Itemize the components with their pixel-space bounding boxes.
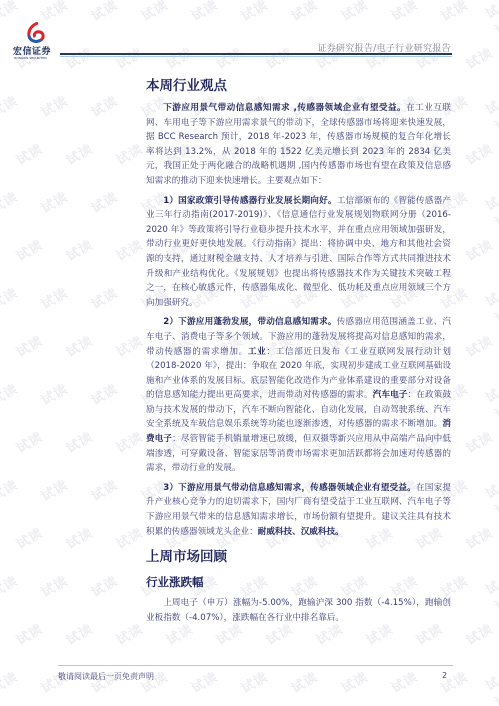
watermark-tile: 试读 xyxy=(62,618,96,648)
paragraph-intro: 下游应用景气带动信息感知需求 ,传感器领域企业有望受益。在工业互联网、车用电子等… xyxy=(146,101,451,189)
watermark-tile: 试读 xyxy=(481,671,499,706)
logo-subtitle: HONGXIN SECURITIES xyxy=(14,56,47,60)
footer-disclaimer: 敬请阅读最后一页免责声明 xyxy=(58,671,154,682)
point3-companies: 耐威科技、汉威科技。 xyxy=(258,527,344,537)
watermark-tile: 试读 xyxy=(0,186,21,216)
point2-auto-label: 汽车电子 xyxy=(373,390,408,400)
watermark-tile: 试读 xyxy=(87,570,121,600)
watermark-tile: 试读 xyxy=(112,618,146,648)
paragraph-point-2: 2）下游应用蓬勃发展，带动信息感知需求。传感器应用范围涵盖工业、汽车电子、消费电… xyxy=(146,315,451,476)
footer-divider xyxy=(58,665,453,666)
watermark-tile: 试读 xyxy=(12,330,46,360)
page-number: 2 xyxy=(442,671,447,680)
watermark-tile: 试读 xyxy=(337,666,371,696)
header-divider-accent xyxy=(60,56,452,57)
watermark-tile: 试读 xyxy=(37,378,71,408)
watermark-tile: 试读 xyxy=(62,522,96,552)
watermark-tile: 试读 xyxy=(462,618,496,648)
watermark-tile: 试读 xyxy=(62,234,96,264)
logo-mark-icon xyxy=(24,22,46,44)
watermark-tile: 试读 xyxy=(162,42,196,72)
watermark-tile: 试读 xyxy=(462,138,496,168)
watermark-tile: 试读 xyxy=(481,95,499,135)
watermark-tile: 试读 xyxy=(37,90,71,120)
watermark-tile: 试读 xyxy=(62,138,96,168)
watermark-tile: 试读 xyxy=(112,42,146,72)
watermark-tile: 试读 xyxy=(12,522,46,552)
section-title-market-review: 上周市场回顾 xyxy=(146,547,451,567)
intro-lead: 下游应用景气带动信息感知需求 ,传感器领域企业有望受益。 xyxy=(163,103,406,113)
watermark-tile: 试读 xyxy=(187,666,221,696)
header-divider xyxy=(60,53,452,55)
watermark-tile: 试读 xyxy=(387,0,421,25)
watermark-tile: 试读 xyxy=(337,0,371,25)
watermark-tile: 试读 xyxy=(462,426,496,456)
watermark-tile: 试读 xyxy=(287,0,321,25)
watermark-tile: 试读 xyxy=(387,666,421,696)
watermark-tile: 试读 xyxy=(462,330,496,360)
watermark-tile: 试读 xyxy=(112,330,146,360)
point2-industry-label: 工业 xyxy=(248,347,267,357)
watermark-tile: 试读 xyxy=(37,570,71,600)
watermark-tile: 试读 xyxy=(237,666,271,696)
watermark-tile: 试读 xyxy=(112,426,146,456)
paragraph-market-review: 上周电子（申万）涨幅为-5.00%，跑输沪深 300 指数（-4.15%），跑输… xyxy=(146,596,451,625)
watermark-tile: 试读 xyxy=(62,426,96,456)
watermark-tile: 试读 xyxy=(0,282,21,312)
paragraph-point-1: 1）国家政策引导传感器行业发展长期向好。工信部颁布的《智能传感器产业三年行动指南… xyxy=(146,194,451,311)
watermark-tile: 试读 xyxy=(62,330,96,360)
watermark-tile: 试读 xyxy=(287,666,321,696)
intro-text: 在工业互联网、车用电子等下游应用需求景气的带动下，全球传感器市场将迎来快速发展，… xyxy=(146,103,451,186)
watermark-tile: 试读 xyxy=(0,90,21,120)
watermark-tile: 试读 xyxy=(437,0,471,25)
watermark-tile: 试读 xyxy=(87,378,121,408)
watermark-tile: 试读 xyxy=(187,0,221,25)
point2-lead: 2）下游应用蓬勃发展，带动信息感知需求。 xyxy=(163,317,337,327)
watermark-tile: 试读 xyxy=(481,383,499,423)
watermark-tile: 试读 xyxy=(462,42,496,72)
watermark-tile: 试读 xyxy=(0,378,21,408)
watermark-tile: 试读 xyxy=(262,42,296,72)
section-title-weekly-view: 本周行业观点 xyxy=(146,76,451,96)
watermark-tile: 试读 xyxy=(12,618,46,648)
watermark-tile: 试读 xyxy=(112,234,146,264)
watermark-tile: 试读 xyxy=(462,234,496,264)
watermark-tile: 试读 xyxy=(0,474,21,504)
watermark-tile: 试读 xyxy=(12,138,46,168)
watermark-tile: 试读 xyxy=(87,186,121,216)
company-logo: 宏信证券 HONGXIN SECURITIES xyxy=(12,22,56,62)
watermark-tile: 试读 xyxy=(481,0,499,39)
watermark-tile: 试读 xyxy=(0,666,21,696)
watermark-tile: 试读 xyxy=(137,0,171,25)
watermark-tile: 试读 xyxy=(87,282,121,312)
point1-lead: 1）国家政策引导传感器行业发展长期向好。 xyxy=(163,196,337,206)
watermark-tile: 试读 xyxy=(62,42,96,72)
watermark-tile: 试读 xyxy=(87,90,121,120)
point1-text: 工信部颁布的《智能传感器产业三年行动指南(2017-2019)》、《信息通信行业… xyxy=(146,196,451,308)
watermark-tile: 试读 xyxy=(37,186,71,216)
watermark-tile: 试读 xyxy=(481,575,499,615)
watermark-tile: 试读 xyxy=(212,42,246,72)
watermark-tile: 试读 xyxy=(462,522,496,552)
watermark-tile: 试读 xyxy=(87,474,121,504)
point2-text-d: ：尽管智能手机销量增速已放缓，但双摄等新兴应用从中高端产品向中低端渗透，可穿戴设… xyxy=(146,434,451,473)
point3-lead: 3）下游应用景气带动信息感知需求，传感器领域企业有望受益。 xyxy=(163,483,416,493)
report-content: 本周行业观点 下游应用景气带动信息感知需求 ,传感器领域企业有望受益。在工业互联… xyxy=(146,76,451,625)
watermark-tile: 试读 xyxy=(481,287,499,327)
watermark-tile: 试读 xyxy=(112,522,146,552)
paragraph-point-3: 3）下游应用景气带动信息感知需求，传感器领域企业有望受益。在国家提升产业核心竞争… xyxy=(146,481,451,539)
subsection-title-industry-change: 行业涨跌幅 xyxy=(146,573,451,591)
watermark-tile: 试读 xyxy=(87,0,121,25)
watermark-tile: 试读 xyxy=(112,138,146,168)
watermark-tile: 试读 xyxy=(37,474,71,504)
watermark-tile: 试读 xyxy=(0,570,21,600)
watermark-tile: 试读 xyxy=(237,0,271,25)
watermark-tile: 试读 xyxy=(37,282,71,312)
watermark-tile: 试读 xyxy=(12,426,46,456)
watermark-tile: 试读 xyxy=(12,234,46,264)
watermark-tile: 试读 xyxy=(481,479,499,519)
watermark-tile: 试读 xyxy=(481,191,499,231)
